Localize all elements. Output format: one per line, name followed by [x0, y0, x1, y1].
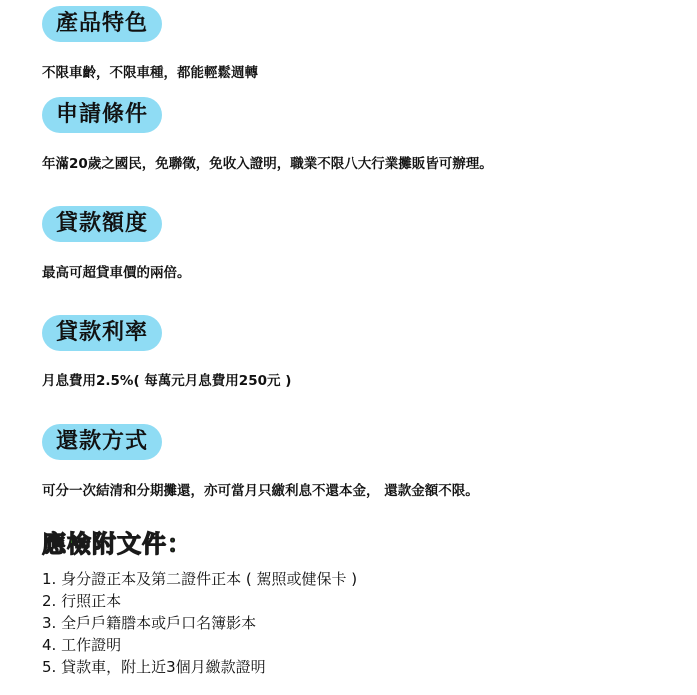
required-documents-title: 應檢附文件：	[42, 524, 192, 559]
section-requirements-header: 申請條件	[42, 97, 162, 133]
list-item: 4. 工作證明	[42, 634, 357, 656]
section-requirements-text: 年滿20歲之國民，免聯徵，免收入證明，職業不限八大行業攤販皆可辦理。	[42, 152, 493, 172]
section-title-pill: 申請條件	[42, 97, 162, 133]
section-amount-header: 貸款額度	[42, 206, 162, 242]
required-documents-list: 1. 身分證正本及第二證件正本 ( 駕照或健保卡 ) 2. 行照正本 3. 全戶…	[42, 568, 357, 678]
list-item: 3. 全戶戶籍謄本或戶口名簿影本	[42, 612, 357, 634]
section-rate-header: 貸款利率	[42, 315, 162, 351]
section-features-text: 不限車齡，不限車種，都能輕鬆週轉	[42, 61, 258, 81]
list-item: 1. 身分證正本及第二證件正本 ( 駕照或健保卡 )	[42, 568, 357, 590]
section-title-pill: 還款方式	[42, 424, 162, 460]
section-amount-text: 最高可超貸車價的兩倍。	[42, 261, 191, 281]
section-title-pill: 貸款額度	[42, 206, 162, 242]
section-repayment-text: 可分一次結清和分期攤還，亦可當月只繳利息不還本金， 還款金額不限。	[42, 479, 479, 499]
section-rate-text: 月息費用2.5%( 每萬元月息費用250元 )	[42, 369, 291, 389]
section-title-pill: 貸款利率	[42, 315, 162, 351]
section-repayment-header: 還款方式	[42, 424, 162, 460]
section-features-header: 產品特色	[42, 6, 162, 42]
section-title-pill: 產品特色	[42, 6, 162, 42]
list-item: 5. 貸款車，附上近3個月繳款證明	[42, 656, 357, 678]
list-item: 2. 行照正本	[42, 590, 357, 612]
